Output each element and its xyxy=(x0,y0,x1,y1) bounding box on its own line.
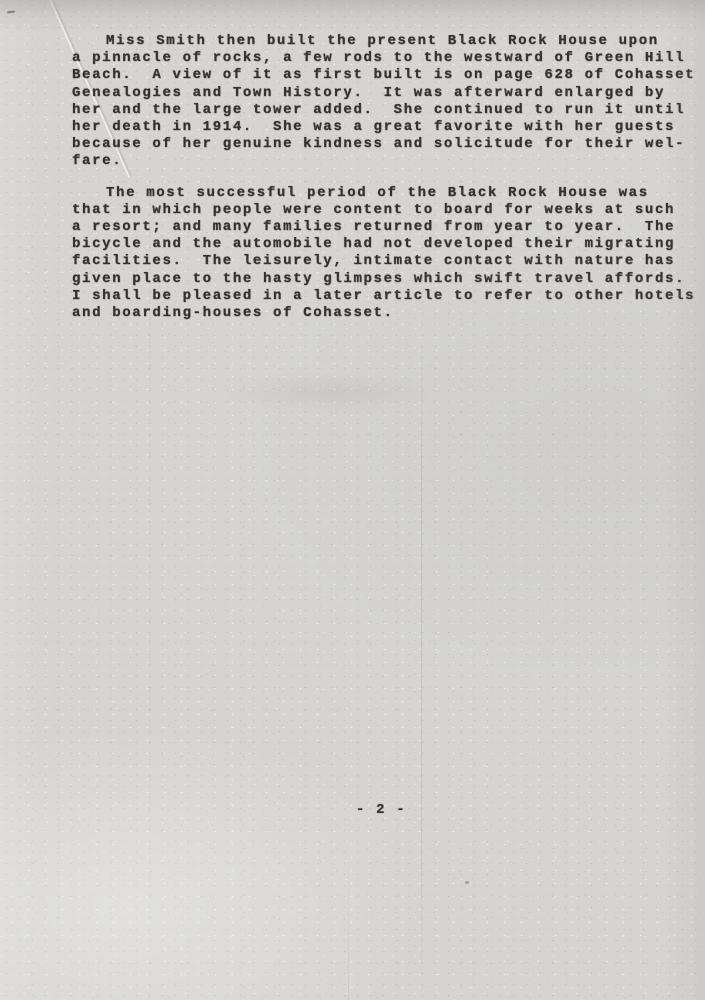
text-line: The most successful period of the Black … xyxy=(72,185,705,202)
scanned-page: Miss Smith then built the present Black … xyxy=(0,0,705,1000)
text-line: her and the large tower added. She conti… xyxy=(72,102,705,119)
typewritten-text: Miss Smith then built the present Black … xyxy=(72,33,705,322)
text-line: her death in 1914. She was a great favor… xyxy=(72,119,705,136)
text-line: fare. xyxy=(72,153,705,170)
text-line: a resort; and many families returned fro… xyxy=(72,219,705,236)
paragraph-2: The most successful period of the Black … xyxy=(72,185,705,323)
paragraph-1: Miss Smith then built the present Black … xyxy=(72,33,705,171)
page-number: - 2 - xyxy=(356,802,406,818)
text-line: and boarding-houses of Cohasset. xyxy=(72,305,705,322)
text-line: because of her genuine kindness and soli… xyxy=(72,136,705,153)
text-line: that in which people were content to boa… xyxy=(72,202,705,219)
paper-crease-vertical xyxy=(421,340,422,1000)
paper-crease-vertical-short xyxy=(348,840,349,1000)
text-line: I shall be pleased in a later article to… xyxy=(72,288,705,305)
text-line: Beach. A view of it as first built is on… xyxy=(72,67,705,84)
text-line: facilities. The leisurely, intimate cont… xyxy=(72,253,705,270)
text-line: bicycle and the automobile had not devel… xyxy=(72,236,705,253)
text-line: Genealogies and Town History. It was aft… xyxy=(72,85,705,102)
text-line: Miss Smith then built the present Black … xyxy=(72,33,705,50)
stray-pen-mark xyxy=(7,10,15,13)
text-line: a pinnacle of rocks, a few rods to the w… xyxy=(72,50,705,67)
ink-smudge xyxy=(230,368,480,418)
paper-speck xyxy=(465,881,469,884)
paper-crease-diagonal xyxy=(43,0,130,178)
text-line: given place to the hasty glimpses which … xyxy=(72,271,705,288)
